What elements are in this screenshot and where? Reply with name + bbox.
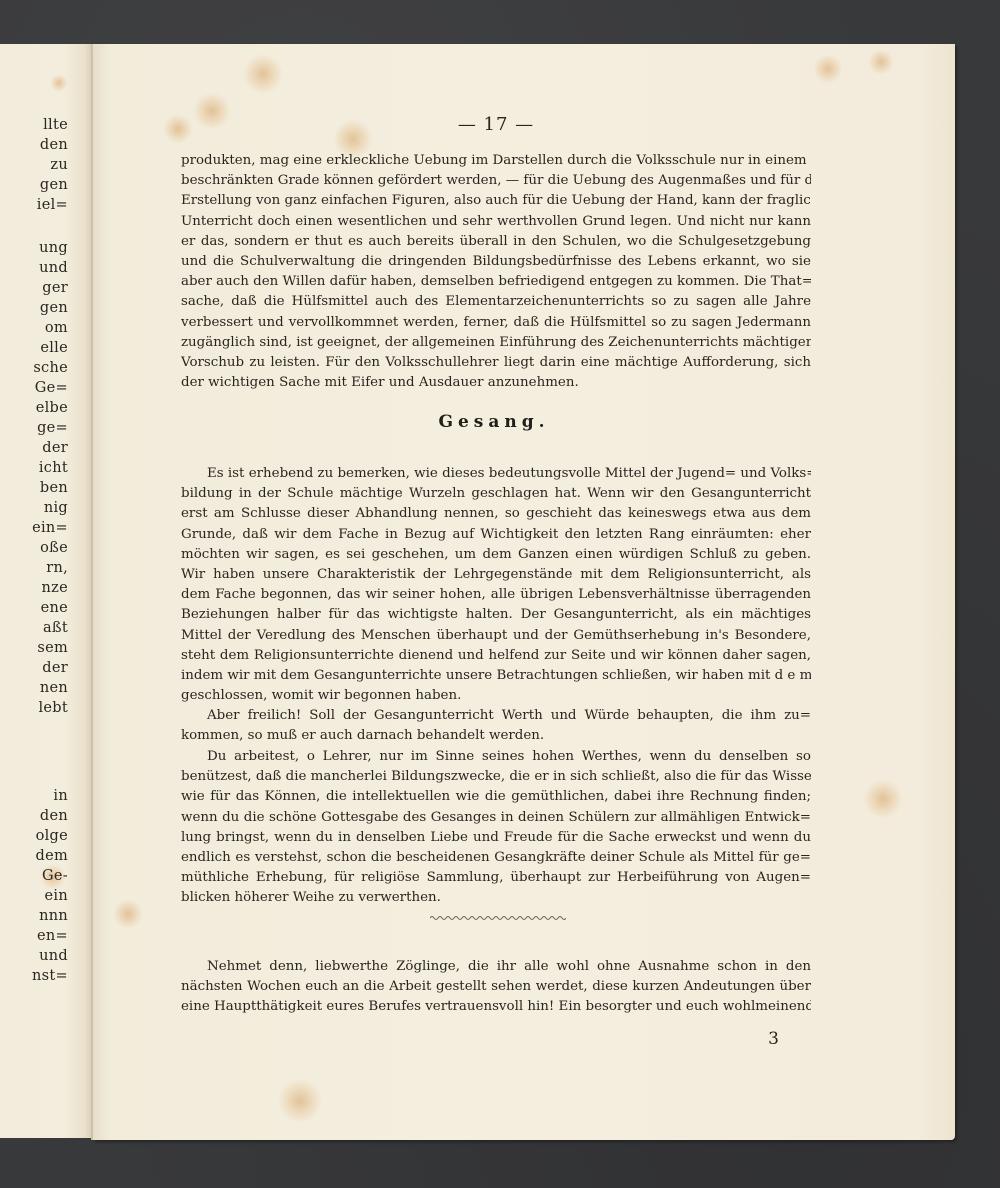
- text-line: Erstellung von ganz einfachen Figuren, a…: [181, 191, 811, 211]
- left-page-line-fragment: zu: [50, 157, 68, 173]
- left-page-line-fragment: gen: [40, 300, 68, 316]
- text-line: Unterricht doch einen wesentlichen und s…: [181, 212, 811, 232]
- text-line: lung bringst, wenn du in denselben Liebe…: [181, 828, 811, 848]
- foxing-spot: [278, 1079, 322, 1123]
- text-line: Wir haben unsere Charakteristik der Lehr…: [181, 565, 811, 585]
- left-page-line-fragment: und: [39, 948, 68, 964]
- page-number-header: — 17 —: [65, 114, 927, 135]
- paragraph-drawing-conclusion: produkten, mag eine erkleckliche Uebung …: [181, 151, 811, 393]
- left-page-line-fragment: nen: [40, 680, 68, 696]
- foxing-spot: [243, 54, 283, 94]
- left-page-line-fragment: olge: [36, 828, 68, 844]
- text-line: wie für das Können, die intellektuellen …: [181, 787, 811, 807]
- foxing-spot: [868, 49, 894, 75]
- foxing-spot: [50, 74, 68, 92]
- text-line: dem Fache begonnen, das wir seiner hohen…: [181, 585, 811, 605]
- text-line: Aber freilich! Soll der Gesangunterricht…: [181, 706, 811, 726]
- left-page-line-fragment: nze: [42, 580, 68, 596]
- text-line: Nehmet denn, liebwerthe Zöglinge, die ih…: [181, 957, 811, 977]
- left-page-line-fragment: dem: [35, 848, 68, 864]
- text-line: wenn du die schöne Gottesgabe des Gesang…: [181, 808, 811, 828]
- foxing-spot: [813, 54, 843, 84]
- text-line: Beziehungen halber für das wichtigste ha…: [181, 605, 811, 625]
- text-line: möchten wir sagen, es sei geschehen, um …: [181, 545, 811, 565]
- paragraph-gesang-intro: Es ist erhebend zu bemerken, wie dieses …: [181, 464, 811, 706]
- text-line: steht dem Religionsunterrichte dienend u…: [181, 646, 811, 666]
- text-line: nächsten Wochen euch an die Arbeit geste…: [181, 977, 811, 997]
- paragraph-aber-freilich: Aber freilich! Soll der Gesangunterricht…: [181, 706, 811, 746]
- text-line: blicken höherer Weihe zu verwerthen.: [181, 888, 811, 908]
- text-line: Grunde, daß wir dem Fache in Bezug auf W…: [181, 525, 811, 545]
- text-line: Du arbeitest, o Lehrer, nur im Sinne sei…: [181, 747, 811, 767]
- left-page: lltedenzugeniel=ungundgergenomellescheGe…: [0, 44, 92, 1138]
- text-line: produkten, mag eine erkleckliche Uebung …: [181, 151, 811, 171]
- left-page-line-fragment: icht: [39, 460, 68, 476]
- left-page-line-fragment: en=: [37, 928, 68, 944]
- left-page-line-fragment: om: [45, 320, 68, 336]
- left-page-line-fragment: ung: [39, 240, 68, 256]
- text-line: verbessert und vervollkommnet werden, fe…: [181, 313, 811, 333]
- left-page-line-fragment: ben: [40, 480, 68, 496]
- text-line: kommen, so muß er auch darnach behandelt…: [181, 726, 811, 746]
- wavy-divider: [430, 914, 566, 922]
- left-page-line-fragment: den: [40, 137, 68, 153]
- text-line: Mittel der Veredlung des Menschen überha…: [181, 626, 811, 646]
- left-page-line-fragment: der: [42, 660, 68, 676]
- left-page-line-fragment: ein=: [32, 520, 68, 536]
- section-heading-gesang: Gesang.: [63, 412, 925, 432]
- left-page-line-fragment: nig: [44, 500, 68, 516]
- left-page-line-fragment: rn,: [46, 560, 68, 576]
- signature-mark: 3: [768, 1029, 779, 1049]
- right-page: — 17 — produkten, mag eine erkleckliche …: [93, 44, 955, 1140]
- left-page-line-fragment: nnn: [39, 908, 68, 924]
- text-line: und die Schulverwaltung die dringenden B…: [181, 252, 811, 272]
- foxing-spot: [113, 899, 143, 929]
- text-line: Es ist erhebend zu bemerken, wie dieses …: [181, 464, 811, 484]
- text-line: der wichtigen Sache mit Eifer und Ausdau…: [181, 373, 811, 393]
- left-page-line-fragment: Ge=: [35, 380, 68, 396]
- text-line: geschlossen, womit wir begonnen haben.: [181, 686, 811, 706]
- left-page-line-fragment: sem: [37, 640, 68, 656]
- text-line: sache, daß die Hülfsmittel auch des Elem…: [181, 292, 811, 312]
- left-page-line-fragment: der: [42, 440, 68, 456]
- left-page-line-fragment: in: [53, 788, 68, 804]
- text-line: er das, sondern er thut es auch bereits …: [181, 232, 811, 252]
- left-page-line-fragment: und: [39, 260, 68, 276]
- left-page-line-fragment: nst=: [32, 968, 68, 984]
- text-line: indem wir mit dem Gesangunterrichte unse…: [181, 666, 811, 686]
- text-line: müthliche Erhebung, für religiöse Sammlu…: [181, 868, 811, 888]
- left-page-line-fragment: Ge-: [42, 868, 68, 884]
- left-page-line-fragment: sche: [33, 360, 68, 376]
- paragraph-nehmet-denn: Nehmet denn, liebwerthe Zöglinge, die ih…: [181, 957, 811, 1018]
- left-page-line-fragment: gen: [40, 177, 68, 193]
- left-page-line-fragment: aßt: [43, 620, 68, 636]
- left-page-line-fragment: lebt: [38, 700, 68, 716]
- text-line: zugänglich sind, ist geeignet, der allge…: [181, 333, 811, 353]
- text-line: benützest, daß die mancherlei Bildungszw…: [181, 767, 811, 787]
- text-line: erst am Schlusse dieser Abhandlung nenne…: [181, 504, 811, 524]
- left-page-line-fragment: den: [40, 808, 68, 824]
- left-page-line-fragment: ene: [41, 600, 68, 616]
- left-page-line-fragment: iel=: [37, 197, 68, 213]
- text-line: endlich es verstehst, schon die bescheid…: [181, 848, 811, 868]
- paragraph-du-arbeitest: Du arbeitest, o Lehrer, nur im Sinne sei…: [181, 747, 811, 909]
- text-line: bildung in der Schule mächtige Wurzeln g…: [181, 484, 811, 504]
- left-page-line-fragment: ger: [42, 280, 68, 296]
- left-page-line-fragment: oße: [40, 540, 68, 556]
- foxing-spot: [863, 779, 903, 819]
- text-line: beschränkten Grade können gefördert werd…: [181, 171, 811, 191]
- left-page-line-fragment: ein: [45, 888, 68, 904]
- text-line: Vorschub zu leisten. Für den Volksschull…: [181, 353, 811, 373]
- left-page-line-fragment: elle: [40, 340, 68, 356]
- text-line: aber auch den Willen dafür haben, demsel…: [181, 272, 811, 292]
- text-line: eine Hauptthätigkeit eures Berufes vertr…: [181, 997, 811, 1017]
